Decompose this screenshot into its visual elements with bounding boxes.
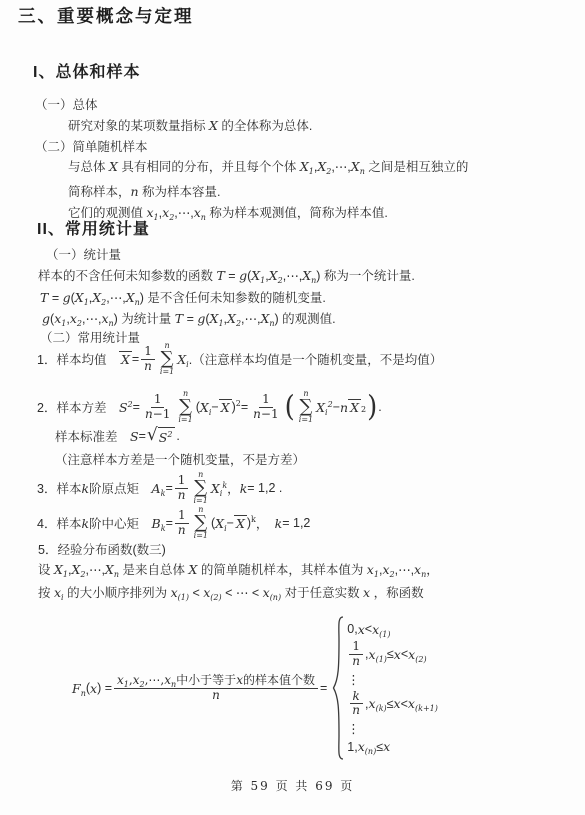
statistic-def-1: 样本的不含任何未知参数的函数 T = g(X1,X2,⋯,Xn) 称为一个统计量… — [38, 267, 415, 285]
section-i-heading: I、总体和样本 — [33, 64, 140, 81]
simple-random-sample-subheading: （二）简单随机样本 — [35, 139, 148, 156]
ecdf-case-1: 1n, x(1) ≤ x < x(2) — [347, 640, 426, 669]
statistic-def-2: T = g(X1,X2,⋯,Xn) 是不含任何未知参数的随机变量. — [40, 289, 326, 307]
ecdf-case-n: 1, x(n) ≤ x — [347, 739, 390, 754]
ecdf-case-dots-2: ⋮ — [347, 721, 360, 736]
srs-line-2: 简称样本，n 称为样本容量. — [68, 183, 221, 201]
document-page: 三、重要概念与定理 I、总体和样本 （一）总体 研究对象的某项数量指标 X 的全… — [0, 0, 585, 815]
population-subheading: （一）总体 — [35, 97, 98, 114]
formula-sample-variance: 2．样本方差 S2 = 1n−1n∑i=1(Xi−X)2 = 1n−1(n∑i=… — [37, 386, 382, 428]
ecdf-heading: 5．经验分布函数(数三) — [38, 542, 166, 559]
formula-origin-moment: 3．样本k阶原点矩 Ak = 1nn∑i=1Xik，k = 1,2 . — [37, 470, 282, 506]
section-ii-heading: II、常用统计量 — [37, 221, 150, 238]
ecdf-line-2: 按 xi 的大小顺序排列为 x(1) < x(2) < ⋯ < x(n) 对于任… — [38, 584, 424, 602]
ecdf-line-1: 设 X1,X2,⋯,Xn 是来自总体 X 的简单随机样本，其样本值为 x1,x2… — [38, 561, 439, 579]
ecdf-cases: 0, x < x(1) 1n, x(1) ≤ x < x(2) ⋮ kn, x(… — [347, 622, 438, 754]
srs-line-1: 与总体 X 具有相同的分布，并且每个个体 X1,X2,⋯,Xn 之间是相互独立的 — [68, 158, 468, 176]
formula-ecdf: Fn(x) = x1,x2,⋯,xn中小于等于x的样本值个数n = 0, x <… — [72, 608, 438, 768]
page-title: 三、重要概念与定理 — [18, 8, 194, 25]
srs-line-3: 它们的观测值 x1,x2,⋯,xn 称为样本观测值，简称为样本值. — [68, 204, 388, 222]
variance-note: （注意样本方差是一个随机变量，不是方差） — [55, 452, 305, 469]
cases-brace-icon — [331, 615, 345, 761]
ecdf-case-0: 0, x < x(1) — [347, 622, 390, 637]
population-definition: 研究对象的某项数量指标 X 的全体称为总体. — [68, 117, 312, 135]
ecdf-case-dots-1: ⋮ — [347, 672, 360, 687]
formula-sample-mean: 1．样本均值 X = 1nn∑i=1Xi .（注意样本均值是一个随机变量，不是均… — [37, 342, 442, 376]
statistic-subheading: （一）统计量 — [46, 247, 121, 264]
ecdf-lhs: Fn(x) = x1,x2,⋯,xn中小于等于x的样本值个数n = — [72, 674, 327, 703]
formula-central-moment: 4．样本k阶中心矩 Bk = 1nn∑i=1(Xi−X)k， k = 1,2 — [37, 505, 310, 541]
statistic-def-3: g(x1,x2,⋯,xn) 为统计量 T = g(X1,X2,⋯,Xn) 的观测… — [42, 310, 336, 328]
formula-sample-std: 样本标准差 S = √S2 . — [55, 423, 180, 449]
page-footer: 第 59 页 共 69 页 — [0, 777, 585, 794]
ecdf-case-k: kn, x(k) ≤ x < x(k+1) — [347, 690, 438, 719]
